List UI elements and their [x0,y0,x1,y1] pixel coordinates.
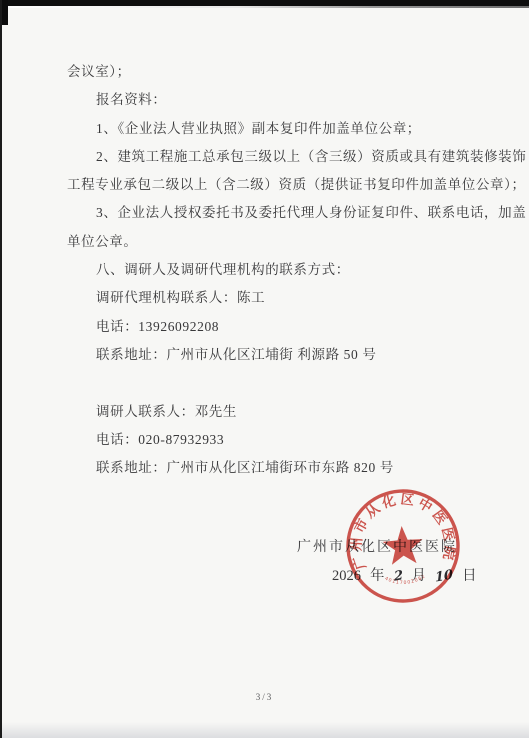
document-line [67,369,503,397]
seal-star [382,525,424,566]
document-line: 联系地址：广州市从化区江埔街 利源路 50 号 [67,341,503,369]
document-line: 电话：020-87932933 [67,426,503,454]
document-line: 八、调研人及调研代理机构的联系方式： [67,256,503,284]
scan-left-edge [0,0,2,738]
document-line: 调研代理机构联系人：陈工 [67,284,503,312]
official-seal: 广州市从化区中医医院 4401170020825 [339,482,467,610]
page-number: 3/3 [0,692,529,702]
document-line: 1、《企业法人营业执照》副本复印件加盖单位公章； [67,115,503,143]
document-line: 工程专业承包二级以上（含二级）资质（提供证书复印件加盖单位公章）； [67,171,503,199]
document-line: 电话：13926092208 [67,313,503,341]
document-line: 联系地址：广州市从化区江埔街环市东路 820 号 [67,454,503,482]
scan-bottom-shadow [0,722,529,738]
document-line: 2、建筑工程施工总承包三级以上（含三级）资质或具有建筑装修装饰 [67,143,503,171]
document-line: 单位公章。 [67,228,503,256]
document-line: 报名资料： [67,86,503,114]
document-line: 3、企业法人授权委托书及委托代理人身份证复印件、联系电话，加盖 [67,199,503,227]
document-line: 调研人联系人：邓先生 [67,398,503,426]
scan-top-edge-highlight [0,6,529,8]
document-line: 会议室）； [67,58,503,86]
body-text: 会议室）； 报名资料： 1、《企业法人营业执照》副本复印件加盖单位公章； 2、建… [67,58,503,482]
